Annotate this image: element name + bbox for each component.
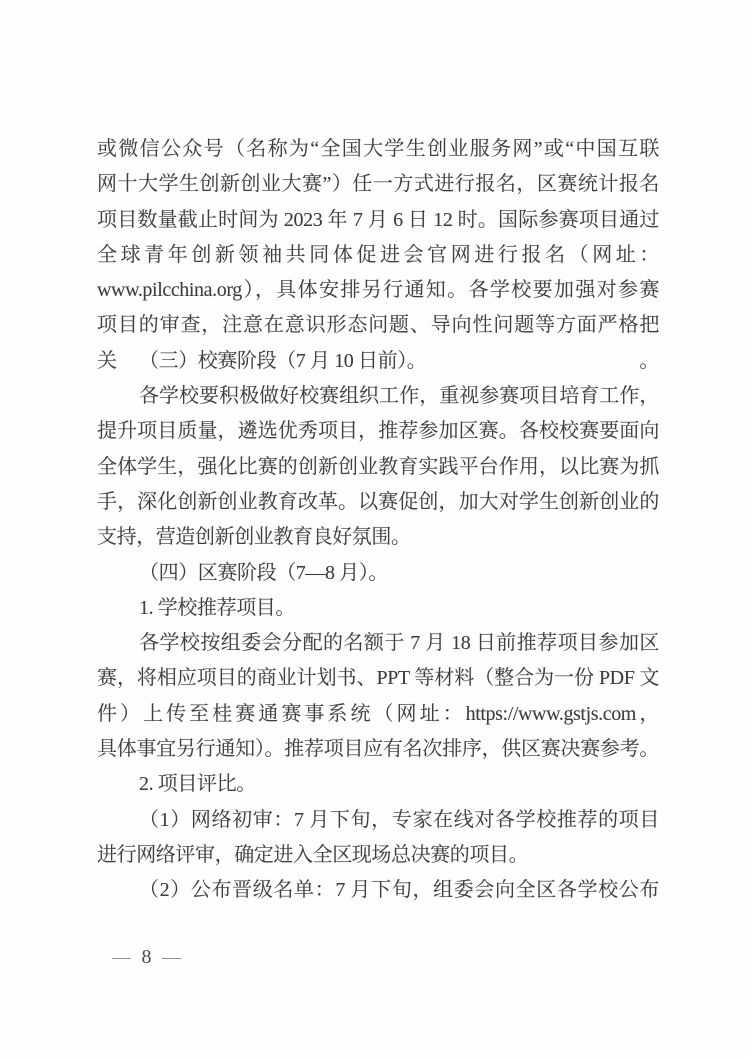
text-line: 网十大学生创新创业大赛”）任一方式进行报名，区赛统计报名 (97, 167, 659, 202)
text-line: （1）网络初审：7 月下旬，专家在线对各学校推荐的项目 (97, 803, 659, 838)
text-line: 进行网络评审，确定进入全区现场总决赛的项目。 (97, 838, 659, 873)
page-number-left-dash: — (112, 947, 132, 968)
text-line: www.pilcchina.org），具体安排另行通知。各学校要加强对参赛 (97, 273, 659, 308)
text-line: 全体学生，强化比赛的创新创业教育实践平台作用，以比赛为抓 (97, 450, 659, 485)
text-line: （四）区赛阶段（7—8 月）。 (97, 556, 659, 591)
document-body: 或微信公众号（名称为“全国大学生创业服务网”或“中国互联网十大学生创新创业大赛”… (97, 132, 659, 909)
text-line: 全球青年创新领袖共同体促进会官网进行报名（网址： (97, 238, 659, 273)
document-page: 或微信公众号（名称为“全国大学生创业服务网”或“中国互联网十大学生创新创业大赛”… (0, 0, 750, 1060)
text-line: 各学校要积极做好校赛组织工作，重视参赛项目培育工作， (97, 379, 659, 414)
text-line: 1. 学校推荐项目。 (97, 591, 659, 626)
text-line: 提升项目质量，遴选优秀项目，推荐参加区赛。各校校赛要面向 (97, 414, 659, 449)
page-footer: —8— (112, 946, 182, 969)
text-line: 赛，将相应项目的商业计划书、PPT 等材料（整合为一份 PDF 文 (97, 661, 659, 696)
text-line: 具体事宜另行通知）。推荐项目应有名次排序，供区赛决赛参考。 (97, 732, 659, 767)
text-line: 或微信公众号（名称为“全国大学生创业服务网”或“中国互联 (97, 132, 659, 167)
text-line: （2）公布晋级名单：7 月下旬，组委会向全区各学校公布 (97, 873, 659, 908)
page-number: 8 (142, 946, 153, 968)
text-line: 支持，营造创新创业教育良好氛围。 (97, 520, 659, 555)
text-line: 2. 项目评比。 (97, 767, 659, 802)
text-line: 件）上传至桂赛通赛事系统（网址：https://www.gstjs.com， (97, 697, 659, 732)
text-line: 手，深化创新创业教育改革。以赛促创，加大对学生创新创业的 (97, 485, 659, 520)
page-number-right-dash: — (162, 947, 182, 968)
text-line: 各学校按组委会分配的名额于 7 月 18 日前推荐项目参加区 (97, 626, 659, 661)
text-line: 项目数量截止时间为 2023 年 7 月 6 日 12 时。国际参赛项目通过 (97, 203, 659, 238)
text-line: 项目的审查，注意在意识形态问题、导向性问题等方面严格把关。 (97, 308, 659, 343)
